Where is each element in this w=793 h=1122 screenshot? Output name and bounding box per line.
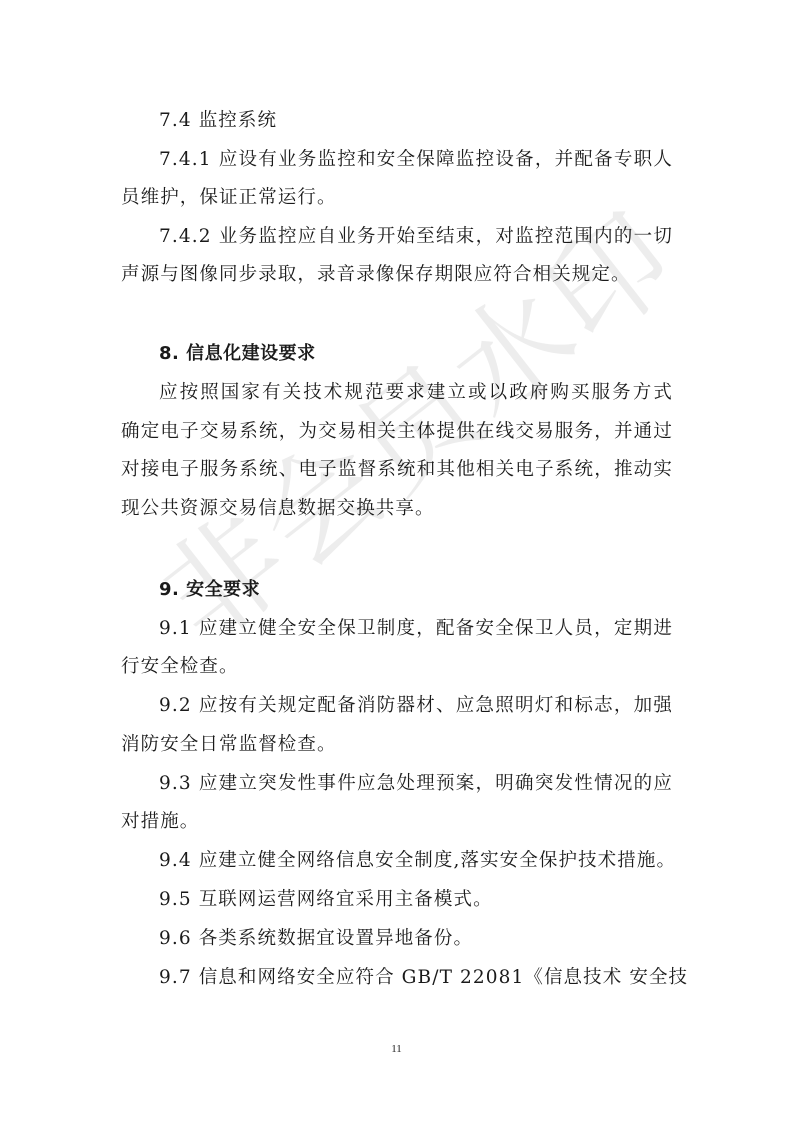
paragraph-7-4-2-line-1: 7.4.2 业务监控应自业务开始至结束，对监控范围内的一切 <box>159 225 673 249</box>
section-8-line-3: 对接电子服务系统、电子监督系统和其他相关电子系统，推动实 <box>121 458 673 482</box>
section-8-heading: 8. 信息化建设要求 <box>159 342 711 366</box>
paragraph-9-2-line-1: 9.2 应按有关规定配备消防器材、应急照明灯和标志，加强 <box>159 694 673 718</box>
paragraph-7-4-2-line-2: 声源与图像同步录取，录音录像保存期限应符合相关规定。 <box>121 263 673 287</box>
page-number: 11 <box>0 1043 793 1055</box>
section-8-line-2: 确定电子交易系统，为交易相关主体提供在线交易服务，并通过 <box>121 420 673 444</box>
paragraph-9-5: 9.5 互联网运营网络宜采用主备模式。 <box>159 888 673 912</box>
paragraph-7-4-1-line-2: 员维护，保证正常运行。 <box>121 186 673 210</box>
section-8-line-4: 现公共资源交易信息数据交换共享。 <box>121 497 673 521</box>
section-7-4-title: 7.4 监控系统 <box>159 109 711 133</box>
paragraph-9-4: 9.4 应建立健全网络信息安全制度,落实安全保护技术措施。 <box>159 849 673 873</box>
paragraph-7-4-1-line-1: 7.4.1 应设有业务监控和安全保障监控设备，并配备专职人 <box>159 148 673 172</box>
paragraph-9-6: 9.6 各类系统数据宜设置异地备份。 <box>159 927 673 951</box>
section-9-heading: 9. 安全要求 <box>159 578 711 602</box>
paragraph-9-3-line-1: 9.3 应建立突发性事件应急处理预案，明确突发性情况的应 <box>159 772 673 796</box>
paragraph-9-1-line-1: 9.1 应建立健全安全保卫制度，配备安全保卫人员，定期进 <box>159 617 673 641</box>
paragraph-9-7-line-1: 9.7 信息和网络安全应符合 GB/T 22081《信息技术 安全技 <box>159 966 673 990</box>
paragraph-9-1-line-2: 行安全检查。 <box>121 655 673 679</box>
document-page: 7.4 监控系统 7.4.1 应设有业务监控和安全保障监控设备，并配备专职人 员… <box>0 0 793 1122</box>
paragraph-9-3-line-2: 对措施。 <box>121 810 673 834</box>
paragraph-9-2-line-2: 消防安全日常监督检查。 <box>121 733 673 757</box>
section-8-line-1: 应按照国家有关技术规范要求建立或以政府购买服务方式 <box>159 381 673 405</box>
